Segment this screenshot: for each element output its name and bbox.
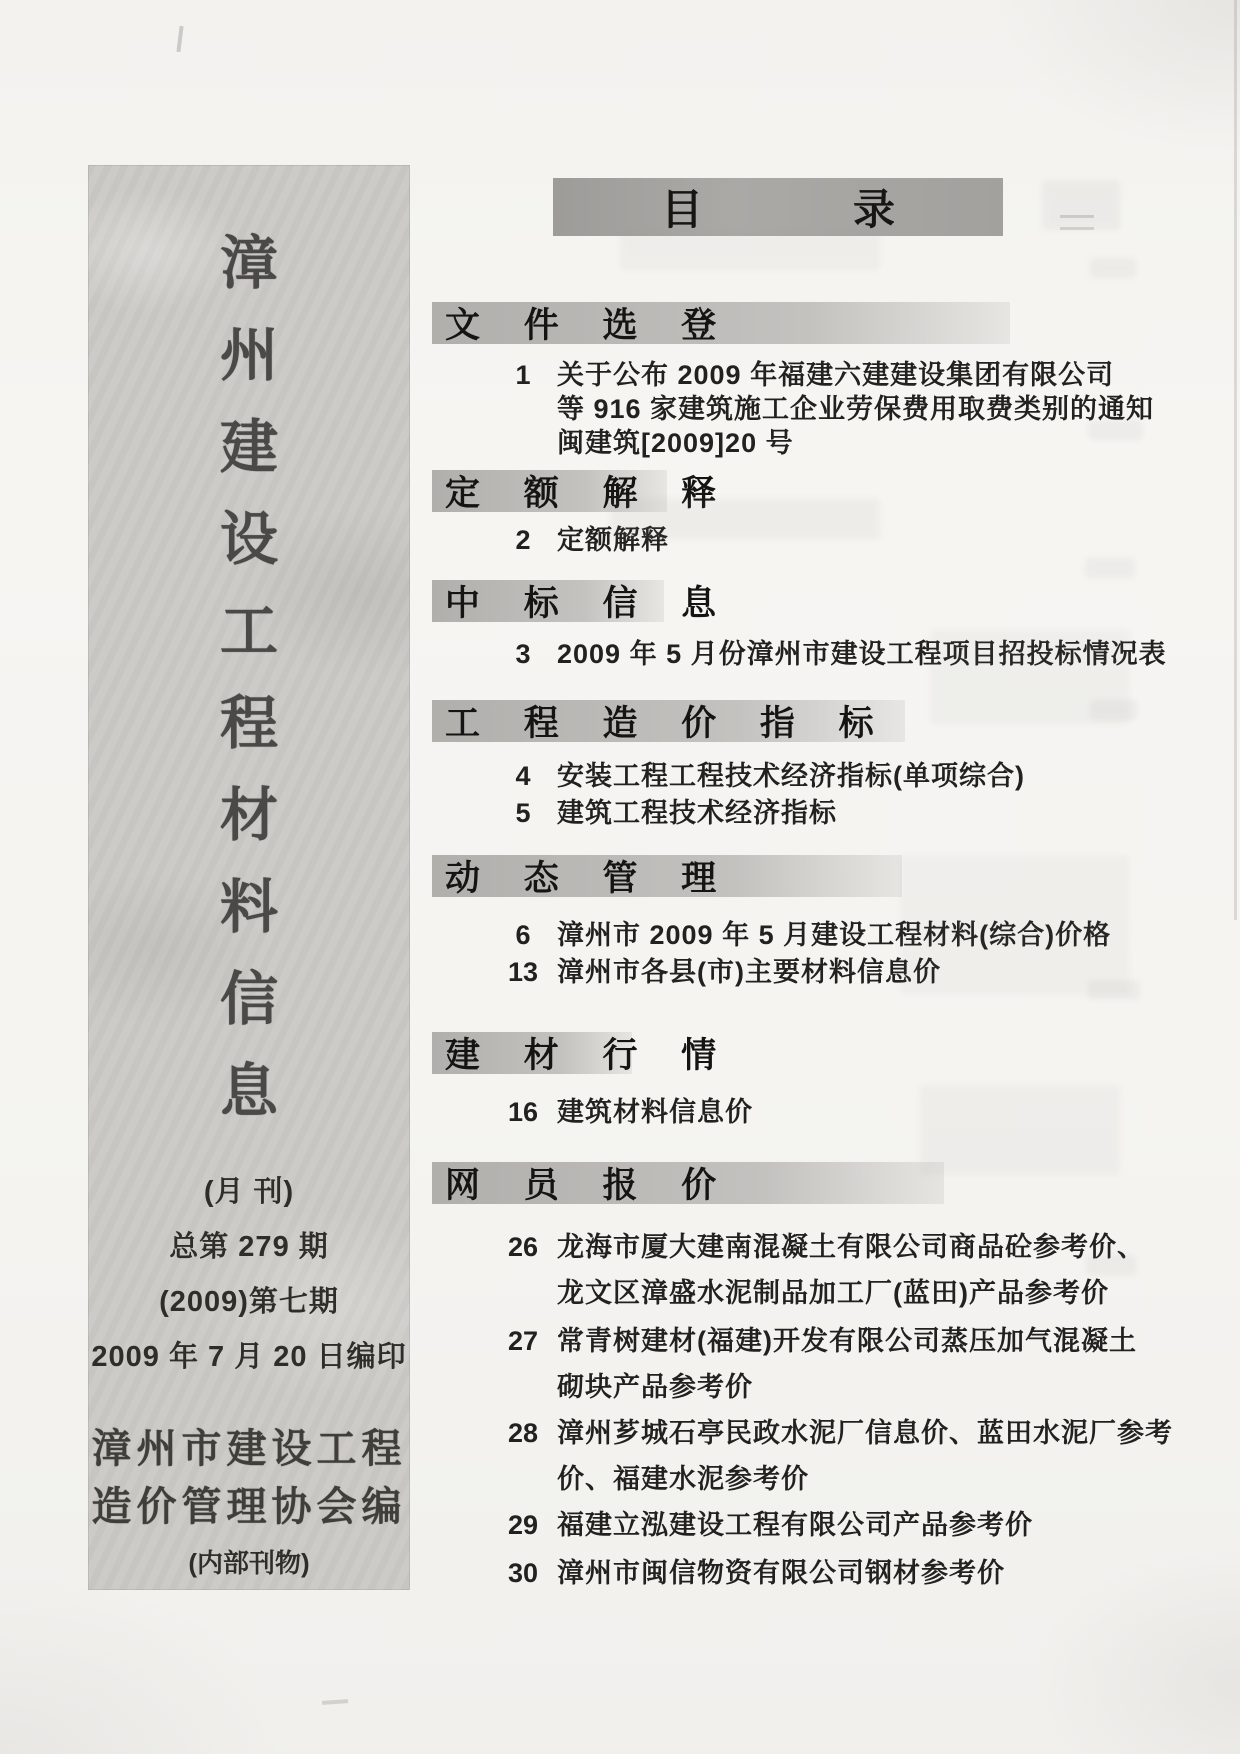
publisher: 漳州市建设工程 造价管理协会编 (88, 1420, 410, 1536)
toc-item-text: 漳州市 2009 年 5 月建设工程材料(综合)价格 (557, 917, 1111, 953)
toc-page-number: 2 (500, 522, 546, 558)
toc-page-number: 27 (500, 1318, 546, 1410)
toc-section-header-cost-index: 工 程 造 价 指 标 (432, 700, 905, 742)
toc-item-text: 漳州市各县(市)主要材料信息价 (557, 954, 941, 990)
toc-item-p1: 1 关于公布 2009 年福建六建建设集团有限公司 等 916 家建筑施工企业劳… (432, 358, 1140, 460)
toc-item-p16: 16 建筑材料信息价 (432, 1094, 1140, 1130)
journal-title-char: 程 (220, 677, 278, 769)
scanned-page: 漳 州 建 设 工 程 材 料 信 息 (月 刊) 总第 279 期 (2009… (0, 0, 1240, 1754)
journal-title-char: 息 (220, 1045, 278, 1137)
scan-artifact (322, 1699, 348, 1705)
toc-page-number: 13 (500, 954, 546, 990)
toc-item-p13: 13 漳州市各县(市)主要材料信息价 (432, 954, 1140, 990)
table-of-contents: 目 录 文 件 选 登 1 关于公布 2009 年福建六建建设集团有限公司 等 … (432, 178, 1140, 1596)
toc-section-header-member-quotes: 网 员 报 价 (432, 1162, 944, 1204)
journal-title-vertical: 漳 州 建 设 工 程 材 料 信 息 (88, 217, 410, 1137)
journal-title-char: 料 (220, 861, 278, 953)
toc-item-p27: 27 常青树建材(福建)开发有限公司蒸压加气混凝土 砌块产品参考价 (432, 1318, 1140, 1410)
journal-title-char: 工 (220, 585, 278, 677)
toc-item-text: 砌块产品参考价 (557, 1364, 1137, 1410)
journal-title-char: 设 (220, 493, 278, 585)
toc-item-text: 漳州芗城石亭民政水泥厂信息价、蓝田水泥厂参考 (557, 1410, 1173, 1456)
toc-item-p3: 3 2009 年 5 月份漳州市建设工程项目招投标情况表 (432, 636, 1140, 672)
toc-section-header-materials-market: 建 材 行 情 (432, 1032, 632, 1074)
toc-page-number: 1 (500, 358, 546, 460)
toc-item-text: 龙文区漳盛水泥制品加工厂(蓝田)产品参考价 (557, 1270, 1145, 1316)
toc-page-number: 28 (500, 1410, 546, 1502)
journal-title-char: 漳 (220, 217, 278, 309)
publisher-line: 造价管理协会编 (88, 1478, 410, 1536)
toc-item-text: 常青树建材(福建)开发有限公司蒸压加气混凝土 (557, 1318, 1137, 1364)
toc-item-p29: 29 福建立泓建设工程有限公司产品参考价 (432, 1502, 1140, 1548)
toc-title-char-right: 录 (853, 177, 895, 237)
toc-page-number: 30 (500, 1550, 546, 1596)
toc-item-text: 关于公布 2009 年福建六建建设集团有限公司 (557, 358, 1154, 392)
print-date-label: 2009 年 7 月 20 日编印 (88, 1330, 410, 1385)
toc-page-number: 5 (500, 795, 546, 831)
issue-info: (月 刊) 总第 279 期 (2009)第七期 2009 年 7 月 20 日… (88, 1165, 410, 1385)
toc-item-text: 建筑材料信息价 (557, 1094, 753, 1130)
toc-page-number: 3 (500, 636, 546, 672)
toc-item-text: 漳州市闽信物资有限公司钢材参考价 (557, 1550, 1005, 1596)
toc-item-p5: 5 建筑工程技术经济指标 (432, 795, 1140, 831)
journal-title-char: 材 (220, 769, 278, 861)
toc-section-header-documents: 文 件 选 登 (432, 302, 1010, 344)
toc-item-text: 定额解释 (557, 522, 669, 558)
toc-section-header-dynamic-mgmt: 动 态 管 理 (432, 855, 902, 897)
toc-item-p26: 26 龙海市厦大建南混凝土有限公司商品砼参考价、 龙文区漳盛水泥制品加工厂(蓝田… (432, 1224, 1140, 1316)
toc-item-text: 闽建筑[2009]20 号 (557, 426, 1154, 460)
toc-item-p30: 30 漳州市闽信物资有限公司钢材参考价 (432, 1550, 1140, 1596)
internal-publication-note: (内部刊物) (88, 1543, 410, 1583)
toc-item-p2: 2 定额解释 (432, 522, 1140, 558)
frequency-label: (月 刊) (88, 1165, 410, 1220)
toc-item-text: 2009 年 5 月份漳州市建设工程项目招投标情况表 (557, 636, 1167, 672)
issue-year-label: (2009)第七期 (88, 1275, 410, 1330)
toc-item-text: 龙海市厦大建南混凝土有限公司商品砼参考价、 (557, 1224, 1145, 1270)
toc-section-header-bid-info: 中 标 信 息 (432, 580, 664, 622)
publisher-line: 漳州市建设工程 (88, 1420, 410, 1478)
journal-title-char: 州 (220, 309, 278, 401)
toc-section-header-quota-notes: 定 额 解 释 (432, 470, 667, 512)
toc-item-text: 等 916 家建筑施工企业劳保费用取费类别的通知 (557, 392, 1154, 426)
scan-artifact (176, 26, 183, 52)
toc-page-number: 29 (500, 1502, 546, 1548)
toc-item-text: 价、福建水泥参考价 (557, 1456, 1173, 1502)
toc-page-number: 26 (500, 1224, 546, 1316)
journal-cover-panel: 漳 州 建 设 工 程 材 料 信 息 (月 刊) 总第 279 期 (2009… (88, 165, 410, 1590)
toc-title-bar: 目 录 (553, 178, 1003, 236)
scan-artifact (1234, 0, 1237, 920)
toc-item-text: 安装工程工程技术经济指标(单项综合) (557, 758, 1025, 794)
toc-item-p6: 6 漳州市 2009 年 5 月建设工程材料(综合)价格 (432, 917, 1140, 953)
journal-title-char: 信 (220, 953, 278, 1045)
toc-item-p28: 28 漳州芗城石亭民政水泥厂信息价、蓝田水泥厂参考 价、福建水泥参考价 (432, 1410, 1140, 1502)
toc-item-text: 建筑工程技术经济指标 (557, 795, 837, 831)
toc-item-text: 福建立泓建设工程有限公司产品参考价 (557, 1502, 1033, 1548)
issue-total-label: 总第 279 期 (88, 1220, 410, 1275)
toc-item-p4: 4 安装工程工程技术经济指标(单项综合) (432, 758, 1140, 794)
toc-page-number: 16 (500, 1094, 546, 1130)
toc-title-char-left: 目 (661, 177, 703, 237)
toc-page-number: 6 (500, 917, 546, 953)
toc-page-number: 4 (500, 758, 546, 794)
journal-title-char: 建 (220, 401, 278, 493)
